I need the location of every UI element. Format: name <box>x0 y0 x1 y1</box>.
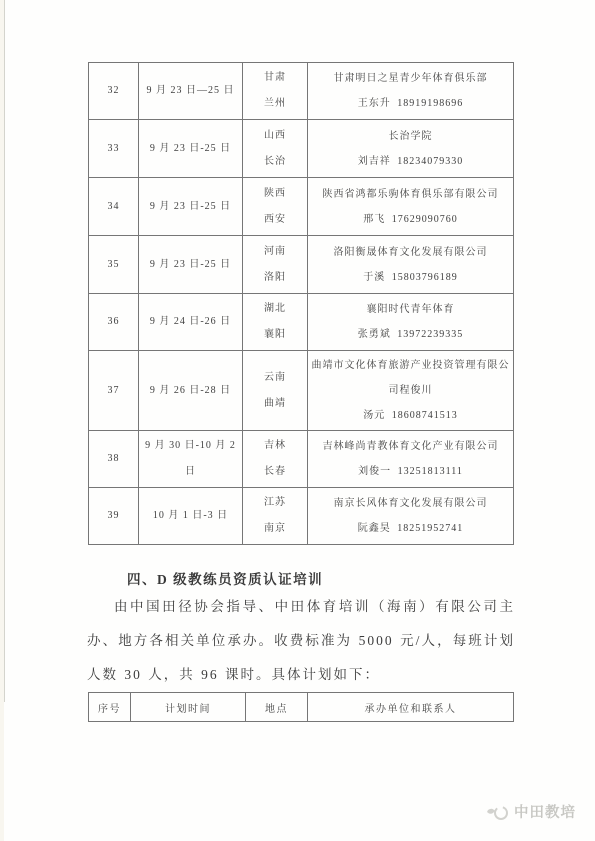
organizer-name: 陕西省鸿都乐驹体育俱乐部有限公司 <box>311 182 510 207</box>
province: 江苏 <box>246 490 304 516</box>
date-cell: 10 月 1 日-3 日 <box>139 488 243 545</box>
contact-person-phone: 刘吉祥 18234079330 <box>311 149 510 174</box>
header-planned-time: 计划时间 <box>131 693 246 722</box>
contact-person-phone: 王东升 18919198696 <box>311 91 510 116</box>
city: 长春 <box>246 459 304 485</box>
row-number: 39 <box>108 510 120 521</box>
location-cell: 江苏 南京 <box>243 488 308 545</box>
row-number: 35 <box>108 259 120 270</box>
city: 兰州 <box>246 91 304 117</box>
table-row: 36 9 月 24 日-26 日 湖北 襄阳 襄阳时代青年体育 张勇斌 1397… <box>89 294 514 351</box>
planned-date: 9 月 23 日—25 日 <box>147 85 235 96</box>
contact-person-phone: 张勇斌 13972239335 <box>311 322 510 347</box>
table-row: 38 9 月 30 日-10 月 2 日 吉林 长春 吉林峰尚青教体育文化产业有… <box>89 431 514 488</box>
planned-date: 9 月 30 日-10 月 2 日 <box>145 440 236 477</box>
province: 云南 <box>246 365 304 391</box>
page-edge-line <box>4 0 5 702</box>
table-row: 35 9 月 23 日-25 日 河南 洛阳 洛阳衡晟体育文化发展有限公司 于溪… <box>89 236 514 294</box>
planned-date: 9 月 23 日-25 日 <box>150 201 231 212</box>
header-organizer-contact: 承办单位和联系人 <box>308 693 514 722</box>
contact-person-phone: 刘俊一 13251813111 <box>311 459 510 484</box>
row-number-cell: 37 <box>89 351 139 431</box>
table-row: 33 9 月 23 日-25 日 山西 长治 长治学院 刘吉祥 18234079… <box>89 120 514 178</box>
row-number: 38 <box>108 453 120 464</box>
footer-watermark: 中田教培 <box>486 801 576 822</box>
table-row: 37 9 月 26 日-28 日 云南 曲靖 曲靖市文化体育旅游产业投资管理有限… <box>89 351 514 431</box>
date-cell: 9 月 24 日-26 日 <box>139 294 243 351</box>
d-level-plan-table-header: 序号 计划时间 地点 承办单位和联系人 <box>88 692 514 722</box>
date-cell: 9 月 23 日-25 日 <box>139 236 243 294</box>
organizer-name: 长治学院 <box>311 124 510 149</box>
table-row: 39 10 月 1 日-3 日 江苏 南京 南京长风体育文化发展有限公司 阮鑫昊… <box>89 488 514 545</box>
header-location: 地点 <box>246 693 308 722</box>
organizer-cell: 襄阳时代青年体育 张勇斌 13972239335 <box>308 294 514 351</box>
brand-name: 中田教培 <box>514 801 576 822</box>
organizer-name: 曲靖市文化体育旅游产业投资管理有限公司程俊川 <box>311 353 510 403</box>
training-plan-table: 32 9 月 23 日—25 日 甘肃 兰州 甘肃明日之星青少年体育俱乐部 王东… <box>88 62 514 545</box>
table-row: 34 9 月 23 日-25 日 陕西 西安 陕西省鸿都乐驹体育俱乐部有限公司 … <box>89 178 514 236</box>
planned-date: 9 月 24 日-26 日 <box>150 316 231 327</box>
section-paragraph: 由中国田径协会指导、中田体育培训（海南）有限公司主办、地方各相关单位承办。收费标… <box>87 590 515 692</box>
organizer-name: 襄阳时代青年体育 <box>311 297 510 322</box>
row-number-cell: 35 <box>89 236 139 294</box>
organizer-name: 吉林峰尚青教体育文化产业有限公司 <box>311 434 510 459</box>
city: 洛阳 <box>246 265 304 291</box>
row-number: 37 <box>108 385 120 396</box>
city: 南京 <box>246 516 304 542</box>
organizer-cell: 吉林峰尚青教体育文化产业有限公司 刘俊一 13251813111 <box>308 431 514 488</box>
organizer-cell: 洛阳衡晟体育文化发展有限公司 于溪 15803796189 <box>308 236 514 294</box>
province: 山西 <box>246 123 304 149</box>
row-number: 33 <box>108 143 120 154</box>
row-number-cell: 33 <box>89 120 139 178</box>
province: 甘肃 <box>246 65 304 91</box>
location-cell: 河南 洛阳 <box>243 236 308 294</box>
contact-person-phone: 阮鑫昊 18251952741 <box>311 516 510 541</box>
organizer-cell: 长治学院 刘吉祥 18234079330 <box>308 120 514 178</box>
location-cell: 甘肃 兰州 <box>243 63 308 120</box>
row-number: 34 <box>108 201 120 212</box>
row-number-cell: 34 <box>89 178 139 236</box>
date-cell: 9 月 23 日-25 日 <box>139 178 243 236</box>
row-number: 36 <box>108 316 120 327</box>
row-number: 32 <box>108 85 120 96</box>
planned-date: 10 月 1 日-3 日 <box>153 510 228 521</box>
date-cell: 9 月 23 日-25 日 <box>139 120 243 178</box>
row-number-cell: 39 <box>89 488 139 545</box>
city: 西安 <box>246 207 304 233</box>
date-cell: 9 月 30 日-10 月 2 日 <box>139 431 243 488</box>
province: 陕西 <box>246 181 304 207</box>
province: 湖北 <box>246 296 304 322</box>
section-heading: 四、D 级教练员资质认证培训 <box>127 568 323 588</box>
date-cell: 9 月 26 日-28 日 <box>139 351 243 431</box>
contact-person-phone: 邢飞 17629090760 <box>311 207 510 232</box>
organizer-name: 甘肃明日之星青少年体育俱乐部 <box>311 66 510 91</box>
contact-person-phone: 于溪 15803796189 <box>311 265 510 290</box>
planned-date: 9 月 26 日-28 日 <box>150 385 231 396</box>
row-number-cell: 38 <box>89 431 139 488</box>
row-number-cell: 32 <box>89 63 139 120</box>
location-cell: 云南 曲靖 <box>243 351 308 431</box>
date-cell: 9 月 23 日—25 日 <box>139 63 243 120</box>
location-cell: 山西 长治 <box>243 120 308 178</box>
location-cell: 湖北 襄阳 <box>243 294 308 351</box>
header-row: 序号 计划时间 地点 承办单位和联系人 <box>89 693 514 722</box>
planned-date: 9 月 23 日-25 日 <box>150 259 231 270</box>
city: 襄阳 <box>246 322 304 348</box>
organizer-name: 南京长风体育文化发展有限公司 <box>311 491 510 516</box>
city: 长治 <box>246 149 304 175</box>
organizer-cell: 曲靖市文化体育旅游产业投资管理有限公司程俊川 汤元 18608741513 <box>308 351 514 431</box>
row-number-cell: 36 <box>89 294 139 351</box>
organizer-name: 洛阳衡晟体育文化发展有限公司 <box>311 240 510 265</box>
organizer-cell: 甘肃明日之星青少年体育俱乐部 王东升 18919198696 <box>308 63 514 120</box>
city: 曲靖 <box>246 391 304 417</box>
header-serial: 序号 <box>89 693 131 722</box>
location-cell: 吉林 长春 <box>243 431 308 488</box>
table-row: 32 9 月 23 日—25 日 甘肃 兰州 甘肃明日之星青少年体育俱乐部 王东… <box>89 63 514 120</box>
province: 河南 <box>246 239 304 265</box>
brand-logo-icon <box>486 802 510 822</box>
document-page: 32 9 月 23 日—25 日 甘肃 兰州 甘肃明日之星青少年体育俱乐部 王东… <box>0 0 595 841</box>
organizer-cell: 南京长风体育文化发展有限公司 阮鑫昊 18251952741 <box>308 488 514 545</box>
contact-person-phone: 汤元 18608741513 <box>311 403 510 428</box>
organizer-cell: 陕西省鸿都乐驹体育俱乐部有限公司 邢飞 17629090760 <box>308 178 514 236</box>
province: 吉林 <box>246 433 304 459</box>
planned-date: 9 月 23 日-25 日 <box>150 143 231 154</box>
location-cell: 陕西 西安 <box>243 178 308 236</box>
